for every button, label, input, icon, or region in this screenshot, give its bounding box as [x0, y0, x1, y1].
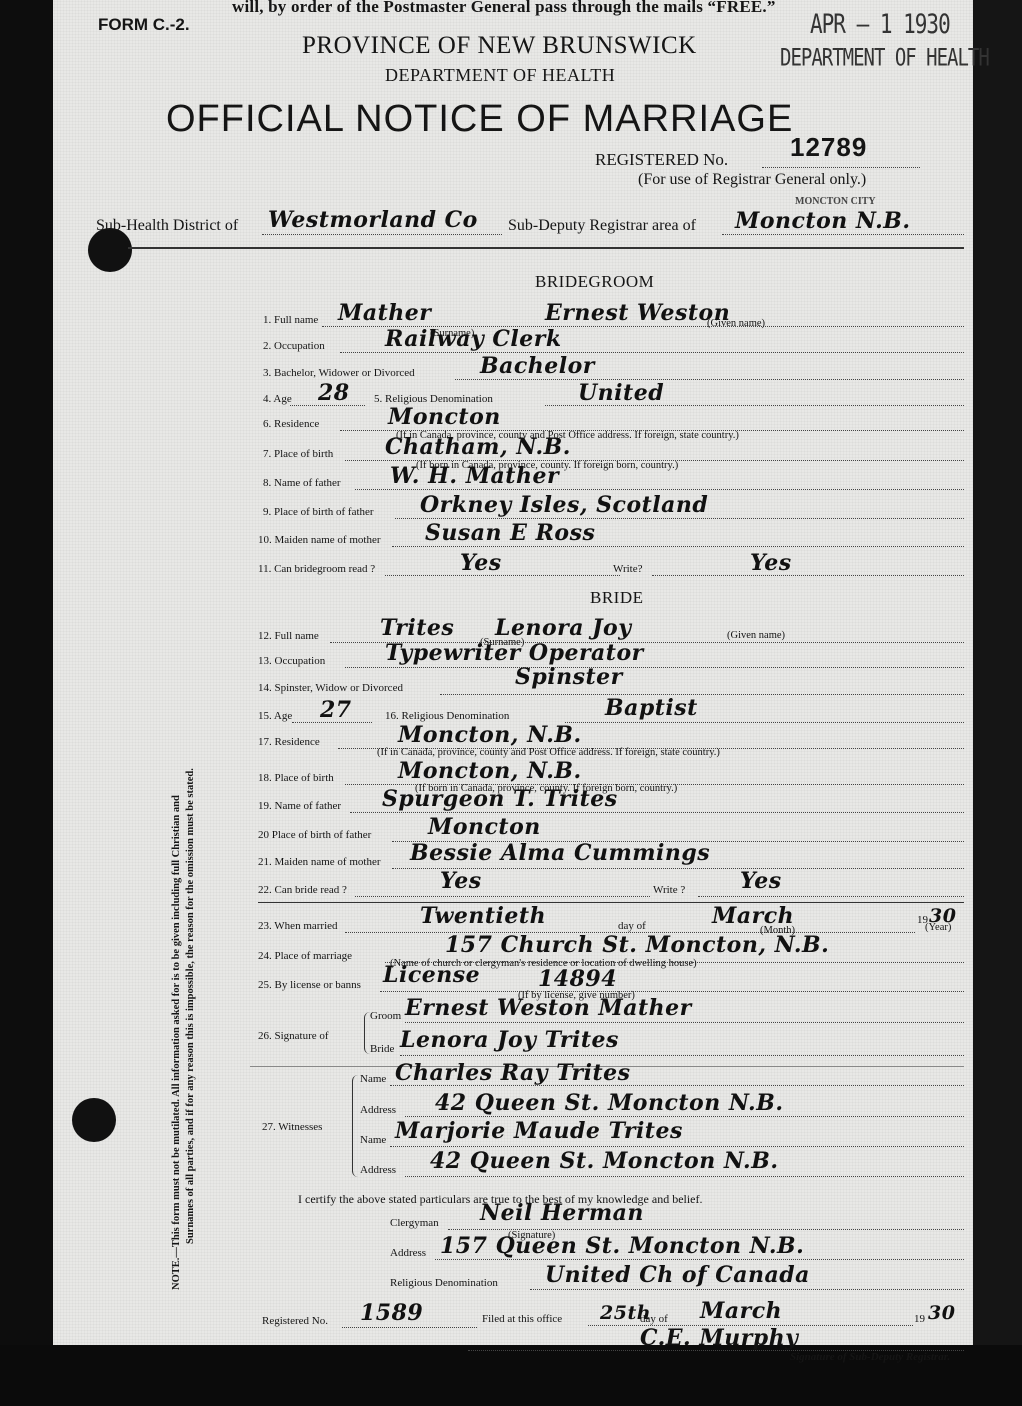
bride-mother-label: 21. Maiden name of mother — [258, 856, 381, 868]
witness1-address: 42 Queen St. Moncton N.B. — [435, 1090, 783, 1116]
groom-given-name-value: Ernest Weston — [545, 300, 730, 326]
groom-signature-label: Groom — [370, 1010, 401, 1022]
license-value: License — [383, 962, 480, 988]
groom-residence-value: Moncton — [388, 404, 501, 430]
sub-health-district-line — [262, 234, 502, 235]
groom-father-value: W. H. Mather — [390, 463, 559, 489]
received-stamp-date: APR – 1 1930 — [810, 9, 950, 39]
bride-birthplace-value: Moncton, N.B. — [398, 758, 582, 784]
bride-mother-value: Bessie Alma Cummings — [410, 840, 710, 866]
witness2-name-label: Name — [360, 1134, 386, 1146]
sub-deputy-signature: C.E. Murphy — [640, 1325, 798, 1351]
groom-signature: Ernest Weston Mather — [405, 995, 692, 1021]
bride-status-value: Spinster — [515, 664, 623, 690]
groom-read-label: 11. Can bridegroom read ? — [258, 563, 375, 575]
bride-signature: Lenora Joy Trites — [400, 1027, 619, 1053]
groom-father-label: 8. Name of father — [263, 477, 341, 489]
groom-age-label: 4. Age — [263, 393, 292, 405]
bride-write-label: Write ? — [653, 884, 685, 896]
license-label: 25. By license or banns — [258, 979, 361, 991]
sub-deputy-area-value: Moncton N.B. — [735, 208, 911, 234]
sub-deputy-signature-label: Signature of Sub-Deputy Registrar. — [790, 1351, 950, 1363]
line — [340, 352, 964, 353]
line — [345, 667, 964, 668]
year-hint: (Year) — [925, 922, 951, 933]
bride-father-label: 19. Name of father — [258, 800, 341, 812]
groom-birthplace-value: Chatham, N.B. — [385, 434, 571, 460]
bride-signature-label: Bride — [370, 1043, 394, 1055]
line — [355, 489, 964, 490]
bride-father-birthplace-label: 20 Place of birth of father — [258, 829, 371, 841]
witness2-name: Marjorie Maude Trites — [395, 1118, 683, 1144]
bride-read-label: 22. Can bride read ? — [258, 884, 347, 896]
bride-religion-label: 16. Religious Denomination — [385, 710, 509, 722]
witness2-address-label: Address — [360, 1164, 396, 1176]
sub-deputy-area-label: Sub-Deputy Registrar area of — [508, 217, 696, 235]
groom-surname-value: Mather — [338, 300, 431, 326]
groom-father-birthplace-label: 9. Place of birth of father — [263, 506, 374, 518]
when-married-day: Twentieth — [420, 903, 546, 929]
scan-border-right — [973, 0, 1022, 1406]
groom-occupation-label: 2. Occupation — [263, 340, 325, 352]
groom-religion-value: United — [578, 380, 664, 406]
place-of-marriage-value: 157 Church St. Moncton, N.B. — [445, 932, 829, 958]
witness1-name-label: Name — [360, 1073, 386, 1085]
document-title: OFFICIAL NOTICE OF MARRIAGE — [166, 98, 793, 141]
line — [405, 1022, 964, 1023]
bride-residence-hint: (If in Canada, province, county and Post… — [377, 747, 720, 758]
filed-year-prefix: 19 — [914, 1313, 925, 1325]
groom-mother-value: Susan E Ross — [425, 520, 595, 546]
bride-occupation-label: 13. Occupation — [258, 655, 325, 667]
filing-registered-no-value: 1589 — [360, 1300, 423, 1326]
bride-residence-label: 17. Residence — [258, 736, 320, 748]
line — [440, 694, 964, 695]
bride-write-value: Yes — [740, 868, 782, 894]
groom-full-name-label: 1. Full name — [263, 314, 318, 326]
line — [652, 575, 964, 576]
bridegroom-heading: BRIDEGROOM — [535, 272, 654, 292]
witnesses-label: 27. Witnesses — [262, 1121, 322, 1133]
received-stamp-dept: DEPARTMENT OF HEALTH — [780, 44, 989, 72]
sub-deputy-area-line — [722, 234, 964, 235]
groom-write-label: Write? — [613, 563, 642, 575]
groom-age-value: 28 — [318, 380, 350, 406]
clergyman-address: 157 Queen St. Moncton N.B. — [440, 1233, 804, 1259]
given-name-hint: (Given name) — [707, 318, 765, 329]
clergyman-signature: Neil Herman — [480, 1200, 644, 1226]
groom-father-birthplace-value: Orkney Isles, Scotland — [420, 492, 708, 518]
margin-note: NOTE.—This form must not be mutilated. A… — [170, 768, 198, 1290]
line — [355, 896, 650, 897]
form-number: FORM C.-2. — [98, 15, 190, 35]
punch-hole-bottom — [72, 1098, 116, 1142]
bride-given-name-hint: (Given name) — [727, 630, 785, 641]
filed-day-of-label: day of — [640, 1313, 668, 1325]
registered-no-label: REGISTERED No. — [595, 150, 728, 170]
witnesses-brace — [352, 1075, 359, 1177]
line — [395, 518, 964, 519]
registered-no-line — [762, 167, 920, 168]
line — [390, 1146, 964, 1147]
line — [400, 1055, 964, 1056]
bride-age-label: 15. Age — [258, 710, 292, 722]
line — [565, 722, 964, 723]
line — [455, 379, 964, 380]
groom-status-label: 3. Bachelor, Widower or Divorced — [263, 367, 415, 379]
witness2-address: 42 Queen St. Moncton N.B. — [430, 1148, 778, 1174]
witness1-name: Charles Ray Trites — [395, 1060, 631, 1086]
line — [405, 1116, 964, 1117]
bride-father-value: Spurgeon T. Trites — [382, 786, 618, 812]
line — [385, 575, 620, 576]
sub-health-district-value: Westmorland Co — [268, 207, 478, 233]
postal-note: will, by order of the Postmaster General… — [232, 0, 776, 17]
witness1-address-label: Address — [360, 1104, 396, 1116]
sub-health-district-label: Sub-Health District of — [96, 217, 238, 235]
clergyman-label: Clergyman — [390, 1217, 439, 1229]
bride-occupation-value: Typewriter Operator — [385, 640, 644, 666]
filed-month: March — [700, 1298, 782, 1324]
clergyman-denomination-label: Religious Denomination — [390, 1277, 498, 1289]
bride-age-value: 27 — [320, 697, 352, 723]
bride-read-value: Yes — [440, 868, 482, 894]
bride-residence-value: Moncton, N.B. — [398, 722, 582, 748]
filing-registered-no-label: Registered No. — [262, 1315, 328, 1327]
bride-full-name-label: 12. Full name — [258, 630, 319, 642]
groom-birthplace-label: 7. Place of birth — [263, 448, 333, 460]
day-of-label: day of — [618, 920, 646, 932]
signature-label: 26. Signature of — [258, 1030, 329, 1042]
filed-at-office-label: Filed at this office — [482, 1313, 562, 1325]
line — [698, 896, 964, 897]
groom-status-value: Bachelor — [480, 353, 595, 379]
registrar-note: (For use of Registrar General only.) — [638, 171, 866, 189]
bride-surname-value: Trites — [380, 615, 454, 641]
bride-heading: BRIDE — [590, 588, 644, 608]
clergyman-denomination: United Ch of Canada — [545, 1262, 810, 1288]
margin-note-line1: NOTE.—This form must not be mutilated. A… — [170, 768, 184, 1290]
line — [392, 546, 964, 547]
line — [530, 1289, 964, 1290]
header-divider — [128, 247, 964, 249]
bride-birthplace-label: 18. Place of birth — [258, 772, 334, 784]
bride-section-divider — [258, 902, 964, 903]
province-heading: PROVINCE OF NEW BRUNSWICK — [302, 32, 697, 60]
bride-father-birthplace-value: Moncton — [428, 814, 541, 840]
place-of-marriage-label: 24. Place of marriage — [258, 950, 352, 962]
filed-year-value: 30 — [928, 1302, 955, 1324]
groom-occupation-value: Railway Clerk — [385, 326, 562, 352]
license-number: 14894 — [538, 966, 617, 992]
when-married-label: 23. When married — [258, 920, 338, 932]
line — [380, 991, 964, 992]
groom-residence-label: 6. Residence — [263, 418, 319, 430]
registered-no-value: 12789 — [790, 132, 867, 163]
moncton-city-stamp: MONCTON CITY — [795, 196, 876, 207]
line — [435, 1259, 964, 1260]
margin-note-line2: Surnames of all parties, and if for any … — [184, 768, 198, 1290]
bride-status-label: 14. Spinster, Widow or Divorced — [258, 682, 403, 694]
groom-mother-label: 10. Maiden name of mother — [258, 534, 381, 546]
groom-read-value: Yes — [460, 550, 502, 576]
line — [342, 1327, 477, 1328]
line — [350, 812, 964, 813]
line — [405, 1176, 964, 1177]
groom-write-value: Yes — [750, 550, 792, 576]
department-heading: DEPARTMENT OF HEALTH — [385, 65, 615, 86]
bride-religion-value: Baptist — [605, 695, 698, 721]
clergyman-address-label: Address — [390, 1247, 426, 1259]
